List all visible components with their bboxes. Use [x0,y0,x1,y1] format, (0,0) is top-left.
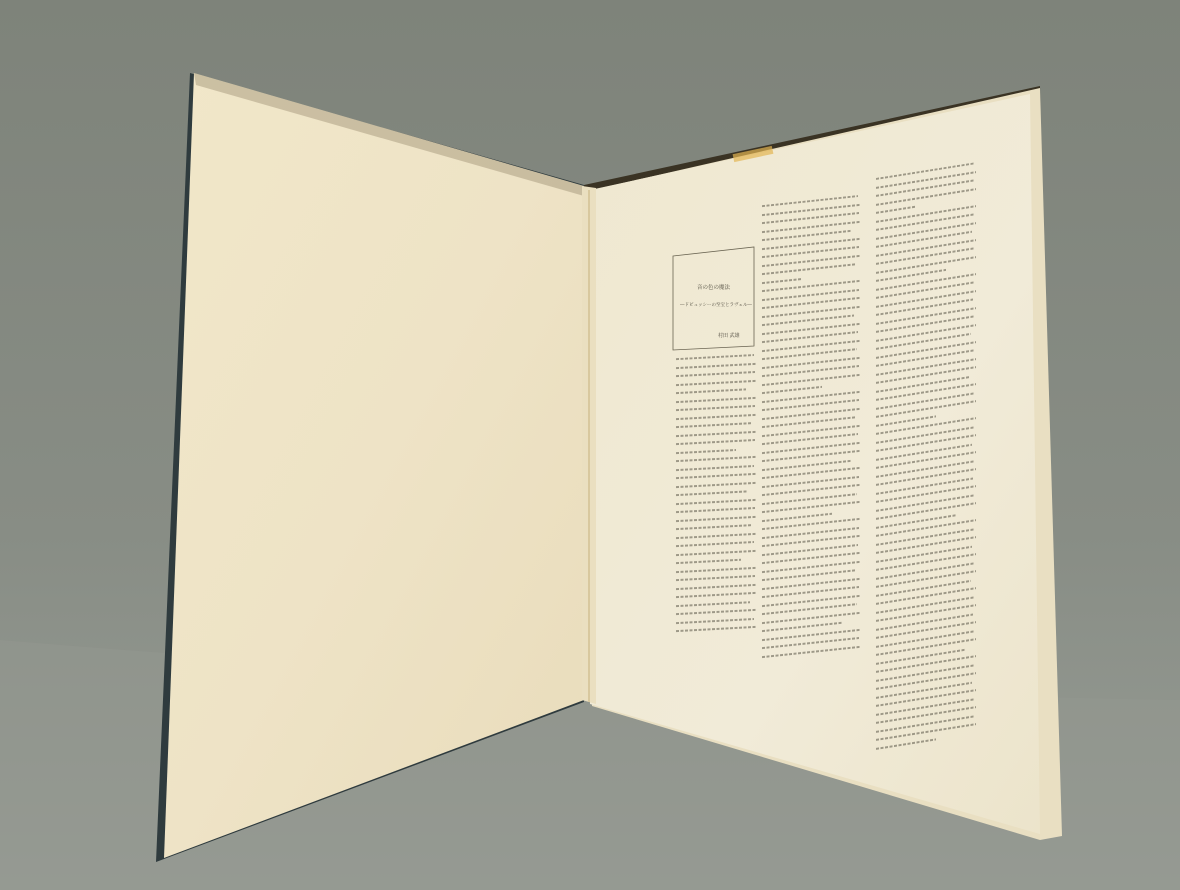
liner-title: 音の色の魔法 [697,283,730,291]
liner-author: 村田 武雄 [718,332,740,339]
text-column-3 [876,162,976,798]
gatefold-illustration [0,0,1180,890]
text-column-2 [762,195,860,685]
text-column-1 [676,354,756,658]
liner-subtitle: ―ドビュッシーの至宝とラヴェル― [680,302,752,308]
